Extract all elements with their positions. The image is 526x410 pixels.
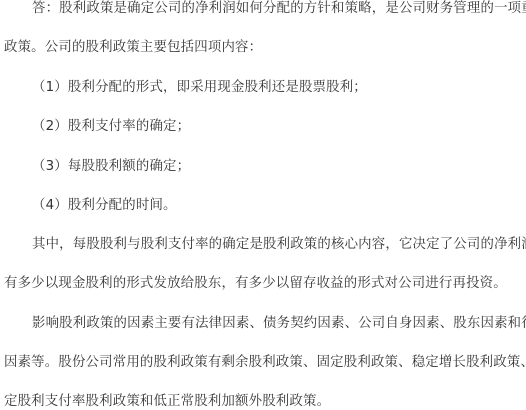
core-content-line-2: 有多少以现金股利的形式发放给股东，有多少以留存收益的形式对公司进行再投资。: [4, 275, 507, 293]
factors-line-2: 因素等。股份公司常用的股利政策有剩余股利政策、固定股利政策、稳定增长股利政策、固: [4, 354, 526, 372]
factors-line-3: 定股利支付率股利政策和低正常股利加额外股利政策。: [4, 393, 330, 410]
list-item-2: （2）股利支付率的确定；: [32, 118, 190, 136]
answer-intro-line-1: 答：股利政策是确定公司的净利润如何分配的方针和策略，是公司财务管理的一项重要: [32, 0, 526, 18]
answer-intro-line-2: 政策。公司的股利政策主要包括四项内容：: [4, 39, 262, 57]
list-item-3: （3）每股股利额的确定；: [32, 158, 190, 176]
list-item-1: （1）股利分配的形式，即采用现金股利还是股票股利；: [32, 79, 367, 97]
factors-line-1: 影响股利政策的因素主要有法律因素、债务契约因素、公司自身因素、股东因素和行业: [32, 315, 526, 333]
core-content-line-1: 其中，每股股利与股利支付率的确定是股利政策的核心内容，它决定了公司的净利润中: [32, 236, 526, 254]
list-item-4: （4）股利分配的时间。: [32, 197, 177, 215]
